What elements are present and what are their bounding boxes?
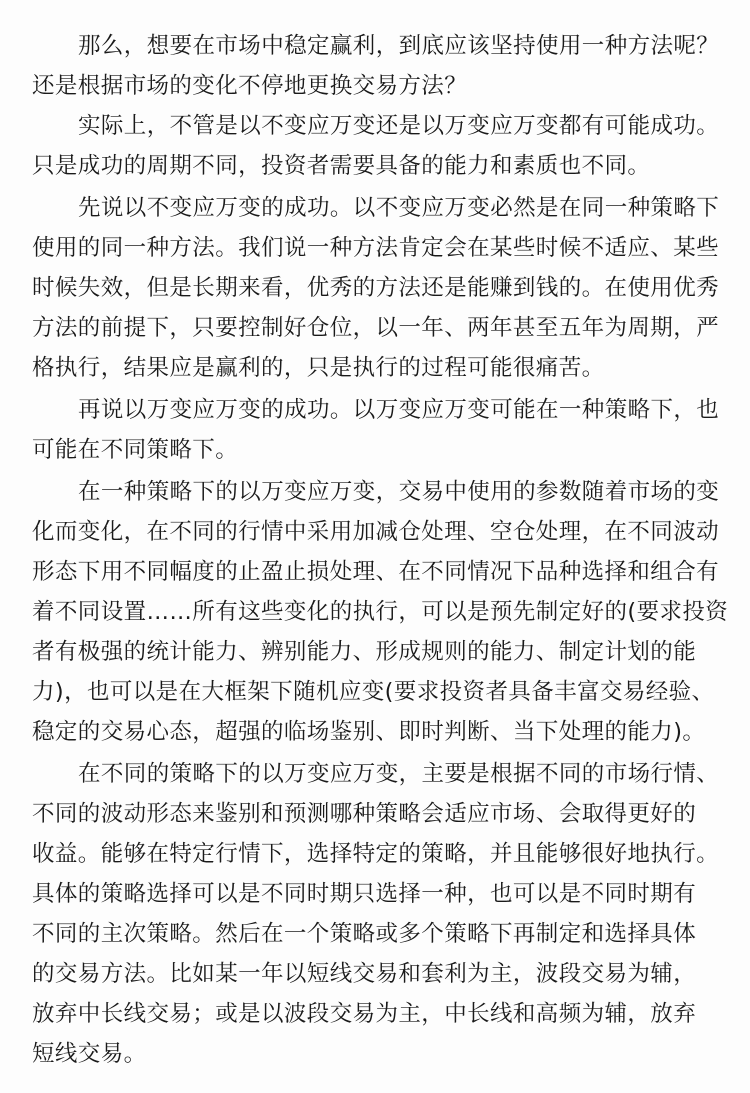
paragraph-6-line-5: 不同的主次策略。然后在一个策略或多个策略下再制定和选择具体 xyxy=(32,914,722,954)
paragraph-3-line-5: 格执行，结果应是赢利的，只是执行的过程可能很痛苦。 xyxy=(32,348,722,388)
paragraph-2-line-1: 实际上，不管是以不变应万变还是以万变应万变都有可能成功。 xyxy=(78,106,722,146)
paragraph-6-line-6: 的交易方法。比如某一年以短线交易和套利为主，波段交易为辅， xyxy=(32,954,722,994)
paragraph-6-line-3: 收益。能够在特定行情下，选择特定的策略，并且能够很好地执行。 xyxy=(32,834,722,874)
paragraph-6-line-7: 放弃中长线交易；或是以波段交易为主，中长线和高频为辅，放弃 xyxy=(32,994,722,1034)
paragraph-6-line-1: 在不同的策略下的以万变应万变，主要是根据不同的市场行情、 xyxy=(78,754,722,794)
paragraph-6-line-2: 不同的波动形态来鉴别和预测哪种策略会适应市场、会取得更好的 xyxy=(32,794,722,834)
document-page: 那么，想要在市场中稳定赢利，到底应该坚持使用一种方法呢？ 还是根据市场的变化不停… xyxy=(0,0,750,1093)
paragraph-3-line-2: 使用的同一种方法。我们说一种方法肯定会在某些时候不适应、某些 xyxy=(32,228,722,268)
paragraph-4-line-1: 再说以万变应万变的成功。以万变应万变可能在一种策略下，也 xyxy=(78,390,722,430)
paragraph-5-line-6: 力)，也可以是在大框架下随机应变(要求投资者具备丰富交易经验、 xyxy=(32,672,722,712)
paragraph-4-line-2: 可能在不同策略下。 xyxy=(32,430,722,470)
paragraph-5-line-1: 在一种策略下的以万变应万变，交易中使用的参数随着市场的变 xyxy=(78,472,722,512)
paragraph-5-line-4: 着不同设置……所有这些变化的执行，可以是预先制定好的(要求投资 xyxy=(32,592,722,632)
paragraph-2-line-2: 只是成功的周期不同，投资者需要具备的能力和素质也不同。 xyxy=(32,146,722,186)
paragraph-3-line-4: 方法的前提下，只要控制好仓位，以一年、两年甚至五年为周期，严 xyxy=(32,308,722,348)
paragraph-5-line-2: 化而变化，在不同的行情中采用加减仓处理、空仓处理，在不同波动 xyxy=(32,512,722,552)
paragraph-1-line-2: 还是根据市场的变化不停地更换交易方法？ xyxy=(32,66,722,106)
paragraph-5-line-5: 者有极强的统计能力、辨别能力、形成规则的能力、制定计划的能 xyxy=(32,632,722,672)
paragraph-3-line-1: 先说以不变应万变的成功。以不变应万变必然是在同一种策略下 xyxy=(78,188,722,228)
paragraph-3-line-3: 时候失效，但是长期来看，优秀的方法还是能赚到钱的。在使用优秀 xyxy=(32,268,722,308)
paragraph-5-line-3: 形态下用不同幅度的止盈止损处理、在不同情况下品种选择和组合有 xyxy=(32,552,722,592)
paragraph-5-line-7: 稳定的交易心态，超强的临场鉴别、即时判断、当下处理的能力)。 xyxy=(32,712,722,752)
paragraph-6-line-8: 短线交易。 xyxy=(32,1034,722,1074)
paragraph-6-line-4: 具体的策略选择可以是不同时期只选择一种，也可以是不同时期有 xyxy=(32,874,722,914)
paragraph-1-line-1: 那么，想要在市场中稳定赢利，到底应该坚持使用一种方法呢？ xyxy=(78,26,722,66)
